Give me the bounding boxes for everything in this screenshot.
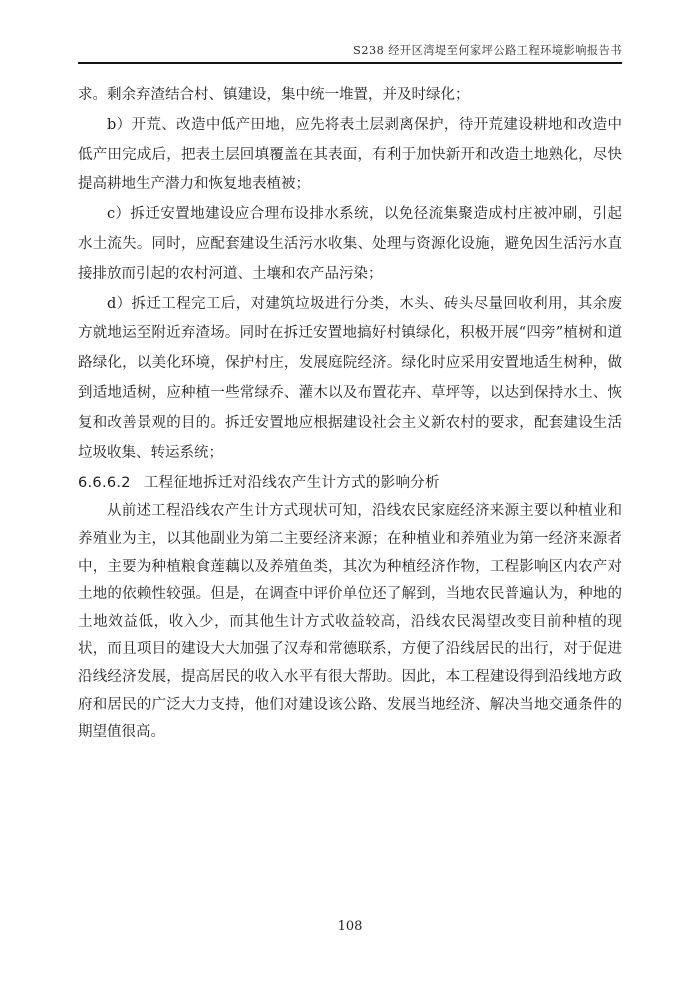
paragraph-item-d: d）拆迁工程完工后，对建筑垃圾进行分类，木头、砖头尽量回收利用，其余废方就地运至… [78,290,622,469]
page-body: 求。剩余弃渣结合村、镇建设，集中统一堆置，并及时绿化； b）开荒、改造中低产田地… [78,81,622,747]
report-page: S238 经开区湾堤至何家坪公路工程环境影响报告书 求。剩余弃渣结合村、镇建设，… [0,0,700,990]
section-heading-number: 6.6.6.2 [78,468,131,498]
paragraph-livelihood-analysis: 从前述工程沿线农产生计方式现状可知，沿线农民家庭经济来源主要以种植业和养殖业为主… [78,498,622,746]
page-number: 108 [338,919,363,934]
section-heading-6662: 6.6.6.2工程征地拆迁对沿线农产生计方式的影响分析 [78,468,622,498]
paragraph-continued: 求。剩余弃渣结合村、镇建设，集中统一堆置，并及时绿化； [78,81,622,111]
page-footer: 108 [0,919,700,935]
report-header-title: S238 经开区湾堤至何家坪公路工程环境影响报告书 [353,44,622,57]
page-header: S238 经开区湾堤至何家坪公路工程环境影响报告书 [78,44,622,64]
section-mitigation-measures: 求。剩余弃渣结合村、镇建设，集中统一堆置，并及时绿化； b）开荒、改造中低产田地… [78,81,622,468]
paragraph-item-c: c）拆迁安置地建设应合理布设排水系统，以免径流集聚造成村庄被冲刷，引起水土流失。… [78,200,622,289]
paragraph-item-b: b）开荒、改造中低产田地，应先将表土层剥离保护，待开荒建设耕地和改造中低产田完成… [78,111,622,200]
section-heading-title: 工程征地拆迁对沿线农产生计方式的影响分析 [144,475,440,491]
section-livelihood-analysis: 从前述工程沿线农产生计方式现状可知，沿线农民家庭经济来源主要以种植业和养殖业为主… [78,498,622,746]
